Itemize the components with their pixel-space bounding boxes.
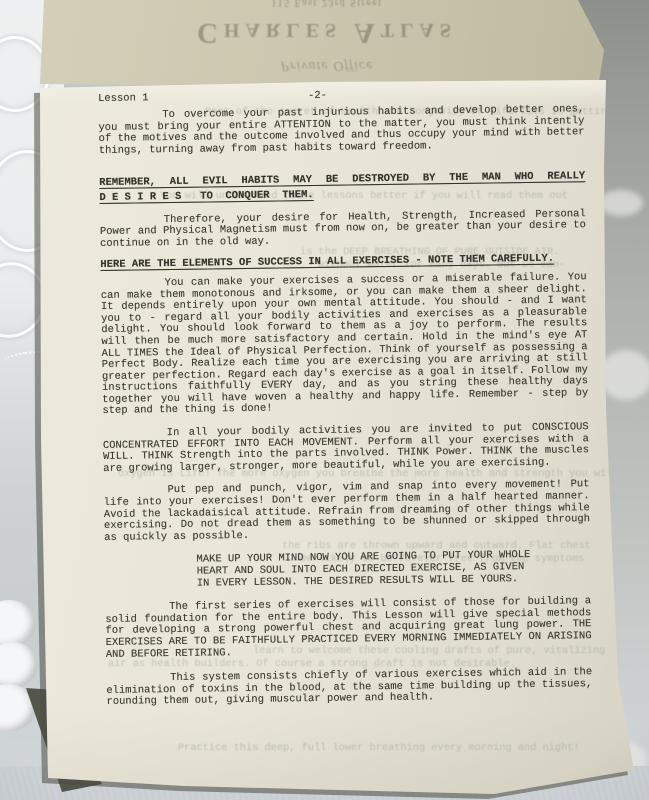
paragraph-mental-attitude: You can make your exercises a success or… [101,272,589,418]
paragraph-pep-and-punch: Put pep and punch, vigor, vim and snap i… [103,480,590,545]
paragraph-attention: To overcome your past injurious habits a… [98,104,585,157]
heading-elements-of-success: HERE ARE THE ELEMENTS OF SUCCESS IN ALL … [100,254,586,272]
lace-scallop [0,642,38,688]
ghost-text-line: Practice this deep, full lower breathing… [178,742,580,754]
typed-text-block: Lesson 1 -2- To overcome your past injur… [98,87,593,709]
paragraph-first-series: The first series of exercises will consi… [105,596,592,661]
folded-cover-sheet: 115 East 23rd Street Charles Atlas Priva… [38,0,616,92]
page-number: -2- [308,91,327,103]
heading-remember: REMEMBER, ALL EVIL HABITS MAY BE DESTROY… [99,172,585,205]
lace-scallop [0,600,36,648]
page-header: Lesson 1 -2- [98,87,584,106]
fabric-sheen-patch [599,190,643,216]
paragraph-system-summary: This system consists chiefly of various … [106,667,592,709]
letterhead-name-flipped: Charles Atlas [38,16,616,49]
document-page: Part of the secret of Health and Longevi… [34,78,646,800]
lesson-label: Lesson 1 [98,92,149,105]
fabric-sheen-patch [599,350,649,400]
centered-emphasis-block: MAKE UP YOUR MIND NOW YOU ARE GOING TO P… [196,550,590,590]
photo-of-document: 115 East 23rd Street Charles Atlas Priva… [0,0,649,800]
paragraph-therefore: Therefore, your desire for Health, Stren… [100,209,586,251]
paragraph-conscious-effort: In all your bodily activities you are in… [103,422,590,475]
letterhead-office-flipped: Private Office [38,57,616,73]
letterhead-address-flipped: 115 East 23rd Street [38,0,616,8]
